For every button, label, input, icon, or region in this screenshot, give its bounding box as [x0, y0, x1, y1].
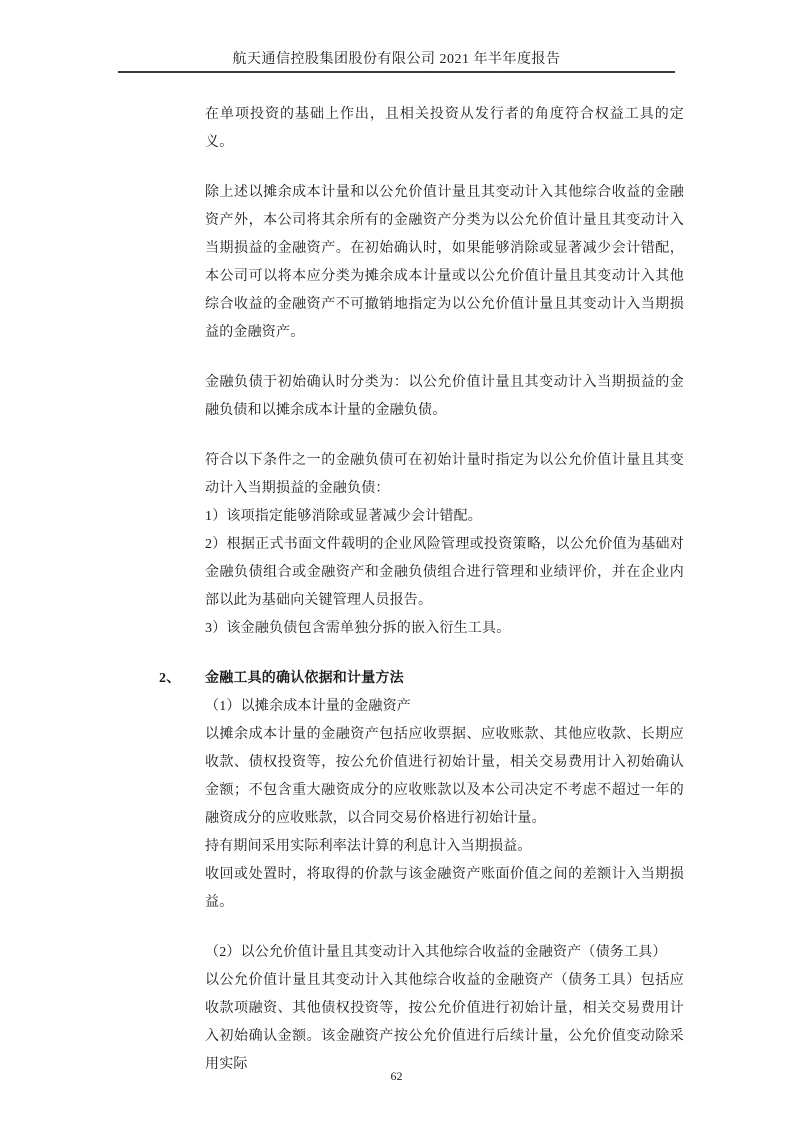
page-body: 在单项投资的基础上作出，且相关投资从发行者的角度符合权益工具的定义。 除上述以摊…: [205, 101, 684, 1079]
paragraph-designation-conditions-intro: 符合以下条件之一的金融负债可在初始计量时指定为以公允价值计量且其变动计入当期损益…: [205, 447, 684, 503]
page-number: 62: [0, 1068, 793, 1084]
section-2-number: 2、: [159, 665, 205, 693]
condition-item-1: 1）该项指定能够消除或显著减少会计错配。: [205, 503, 684, 531]
section-2-title: 金融工具的确认依据和计量方法: [205, 665, 404, 693]
paragraph-intro-continuation: 在单项投资的基础上作出，且相关投资从发行者的角度符合权益工具的定义。: [205, 101, 684, 157]
subsection-1-heading: （1）以摊余成本计量的金融资产: [205, 693, 684, 721]
subsection-2-paragraph-1: 以公允价值计量且其变动计入其他综合收益的金融资产（债务工具）包括应收款项融资、其…: [205, 967, 684, 1079]
condition-item-2: 2）根据正式书面文件载明的企业风险管理或投资策略，以公允价值为基础对金融负债组合…: [205, 531, 684, 615]
subsection-2-heading: （2）以公允价值计量且其变动计入其他综合收益的金融资产（债务工具）: [205, 939, 684, 967]
condition-item-3: 3）该金融负债包含需单独分拆的嵌入衍生工具。: [205, 615, 684, 643]
subsection-1-paragraph-3: 收回或处置时，将取得的价款与该金融资产账面价值之间的差额计入当期损益。: [205, 861, 684, 917]
subsection-1-paragraph-2: 持有期间采用实际利率法计算的利息计入当期损益。: [205, 833, 684, 861]
section-2-heading: 2、 金融工具的确认依据和计量方法: [159, 665, 684, 693]
paragraph-fv-classification: 除上述以摊余成本计量和以公允价值计量且其变动计入其他综合收益的金融资产外，本公司…: [205, 179, 684, 347]
report-page: 航天通信控股集团股份有限公司 2021 年半年度报告 在单项投资的基础上作出，且…: [0, 0, 793, 1122]
subsection-1-paragraph-1: 以摊余成本计量的金融资产包括应收票据、应收账款、其他应收款、长期应收款、债权投资…: [205, 721, 684, 833]
report-header-title: 航天通信控股集团股份有限公司 2021 年半年度报告: [0, 51, 793, 69]
paragraph-liability-classification: 金融负债于初始确认时分类为：以公允价值计量且其变动计入当期损益的金融负债和以摊余…: [205, 369, 684, 425]
header-divider-rule: [118, 71, 675, 73]
